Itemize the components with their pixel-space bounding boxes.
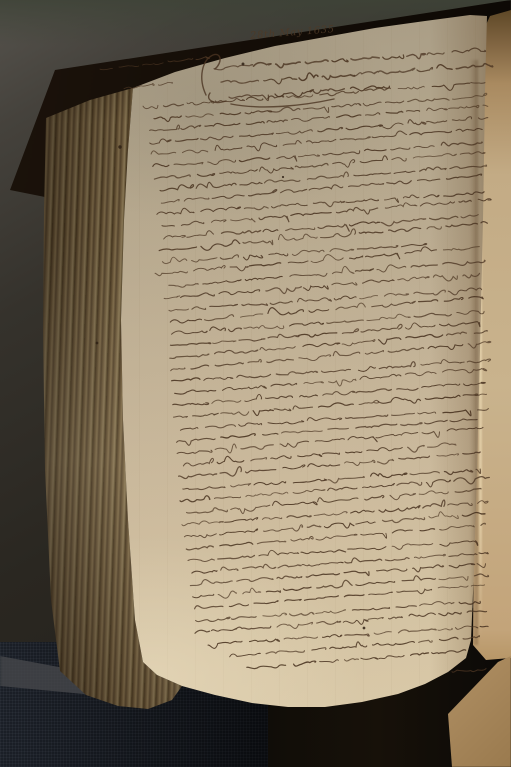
photo-of-open-manuscript-book: 28th May 1635 bbox=[0, 0, 511, 767]
page-fold-shadow bbox=[470, 60, 478, 645]
